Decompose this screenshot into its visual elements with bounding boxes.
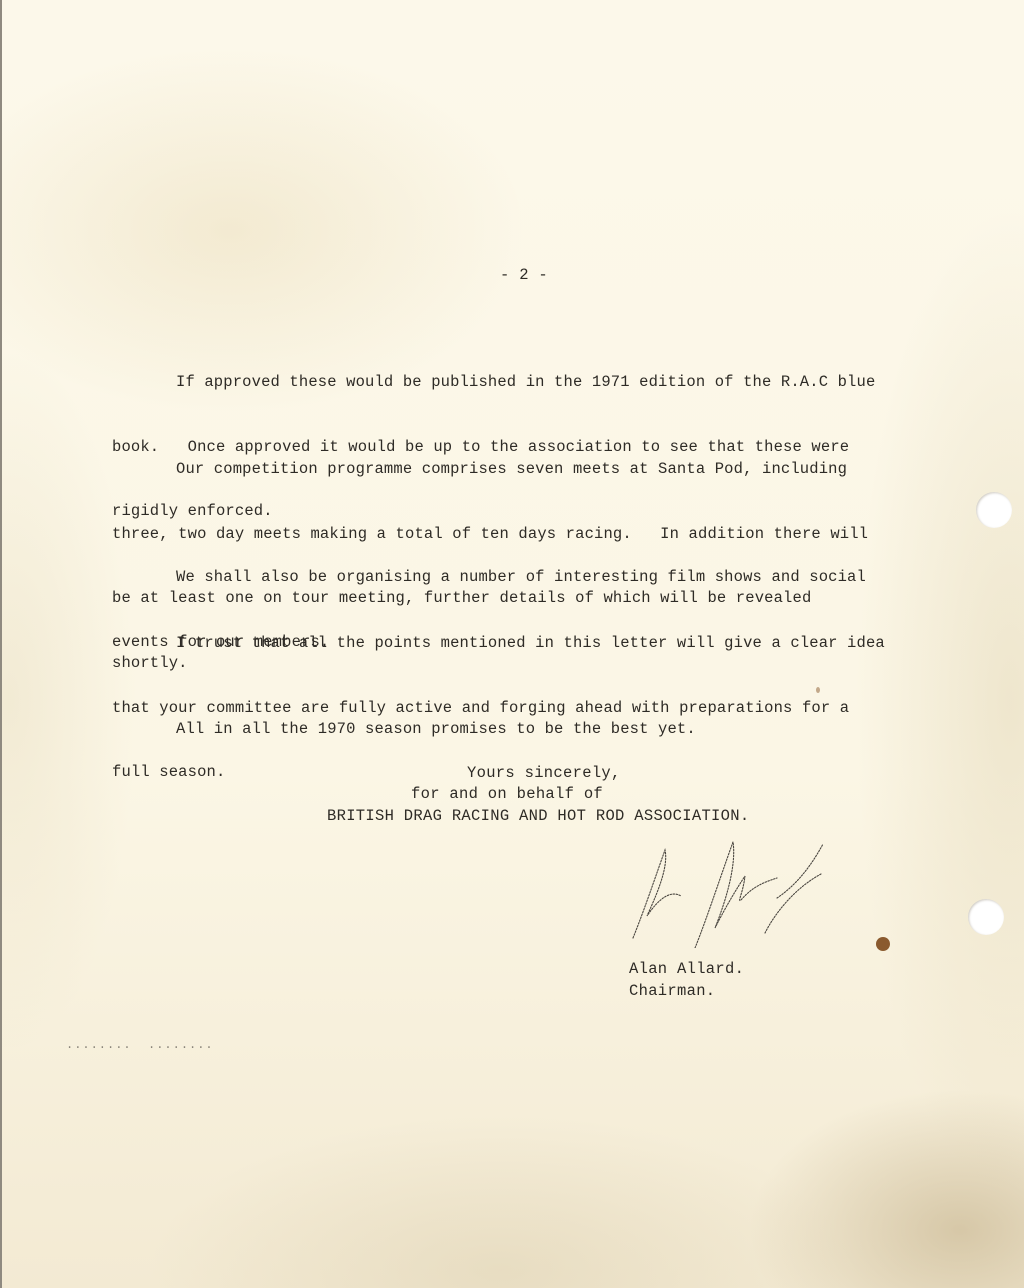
signatory-title: Chairman. — [629, 980, 715, 1002]
ink-stain — [816, 687, 820, 693]
text-line: If approved these would be published in … — [112, 372, 1002, 394]
ink-stain — [876, 937, 890, 951]
signature-icon — [625, 838, 835, 948]
paragraph-season-promise: All in all the 1970 season promises to b… — [112, 676, 1002, 762]
text-line: We shall also be organising a number of … — [112, 567, 1002, 589]
closing-organisation: BRITISH DRAG RACING AND HOT ROD ASSOCIAT… — [327, 805, 749, 827]
signatory-name: Alan Allard. — [629, 958, 744, 980]
text-line: Our competition programme comprises seve… — [112, 459, 1002, 481]
closing-salutation: Yours sincerely, — [467, 762, 621, 784]
text-line: I trust that all the points mentioned in… — [112, 633, 1002, 655]
page-edge — [0, 0, 2, 1288]
text-line: All in all the 1970 season promises to b… — [112, 719, 1002, 741]
page-number: - 2 - — [500, 266, 548, 284]
punch-hole — [968, 899, 1004, 935]
punch-hole — [976, 492, 1012, 528]
footer-dotted-line: ........ ........ — [66, 1038, 214, 1052]
closing-behalf: for and on behalf of — [411, 783, 603, 805]
